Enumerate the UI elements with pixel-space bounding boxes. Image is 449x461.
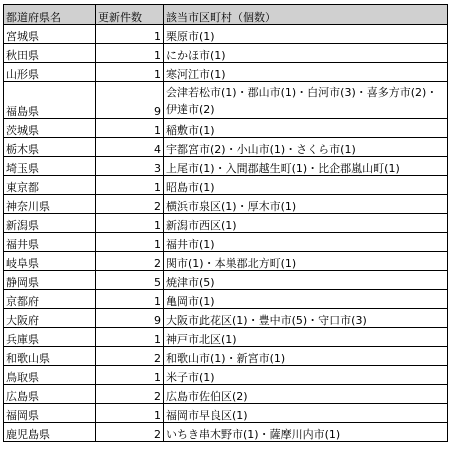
header-municipalities: 該当市区町村（個数） — [164, 5, 448, 25]
municipalities-cell: 横浜市泉区(1)・厚木市(1) — [164, 195, 448, 214]
table-row: 新潟県1新潟市西区(1) — [4, 214, 448, 233]
prefecture-cell: 和歌山県 — [4, 347, 96, 366]
count-cell: 1 — [96, 328, 164, 347]
prefecture-cell: 山形県 — [4, 63, 96, 82]
count-cell: 2 — [96, 195, 164, 214]
count-cell: 1 — [96, 44, 164, 63]
table-row: 福島県9会津若松市(1)・郡山市(1)・白河市(3)・喜多方市(2)・伊達市(2… — [4, 82, 448, 119]
table-row: 福岡県1福岡市早良区(1) — [4, 404, 448, 423]
count-cell: 2 — [96, 385, 164, 404]
table-row: 大阪府9大阪市此花区(1)・豊中市(5)・守口市(3) — [4, 309, 448, 328]
table-row: 京都府1亀岡市(1) — [4, 290, 448, 309]
count-cell: 2 — [96, 423, 164, 442]
municipalities-cell: 福岡市早良区(1) — [164, 404, 448, 423]
municipalities-cell: 上尾市(1)・入間郡越生町(1)・比企郡嵐山町(1) — [164, 157, 448, 176]
table-row: 兵庫県1神戸市北区(1) — [4, 328, 448, 347]
table-row: 岐阜県2関市(1)・本巣郡北方町(1) — [4, 252, 448, 271]
prefecture-cell: 東京都 — [4, 176, 96, 195]
prefecture-cell: 鳥取県 — [4, 366, 96, 385]
municipalities-cell: 栗原市(1) — [164, 25, 448, 44]
count-cell: 1 — [96, 25, 164, 44]
municipalities-cell: 会津若松市(1)・郡山市(1)・白河市(3)・喜多方市(2)・伊達市(2) — [164, 82, 448, 119]
count-cell: 1 — [96, 63, 164, 82]
count-cell: 2 — [96, 347, 164, 366]
prefecture-cell: 広島県 — [4, 385, 96, 404]
municipalities-cell: にかほ市(1) — [164, 44, 448, 63]
municipalities-cell: 新潟市西区(1) — [164, 214, 448, 233]
count-cell: 1 — [96, 404, 164, 423]
count-cell: 1 — [96, 233, 164, 252]
table-row: 鹿児島県2いちき串木野市(1)・薩摩川内市(1) — [4, 423, 448, 442]
prefecture-cell: 岐阜県 — [4, 252, 96, 271]
prefecture-cell: 福井県 — [4, 233, 96, 252]
table-row: 栃木県4宇都宮市(2)・小山市(1)・さくら市(1) — [4, 138, 448, 157]
prefecture-cell: 静岡県 — [4, 271, 96, 290]
table-row: 鳥取県1米子市(1) — [4, 366, 448, 385]
prefecture-cell: 神奈川県 — [4, 195, 96, 214]
count-cell: 1 — [96, 176, 164, 195]
table-row: 宮城県1栗原市(1) — [4, 25, 448, 44]
table-row: 秋田県1にかほ市(1) — [4, 44, 448, 63]
prefecture-cell: 福岡県 — [4, 404, 96, 423]
header-row: 都道府県名 更新件数 該当市区町村（個数） — [4, 5, 448, 25]
prefecture-cell: 宮城県 — [4, 25, 96, 44]
prefecture-cell: 京都府 — [4, 290, 96, 309]
prefecture-cell: 栃木県 — [4, 138, 96, 157]
table-row: 山形県1寒河江市(1) — [4, 63, 448, 82]
update-count-table: 都道府県名 更新件数 該当市区町村（個数） 宮城県1栗原市(1) 秋田県1にかほ… — [3, 4, 448, 442]
prefecture-cell: 大阪府 — [4, 309, 96, 328]
table-row: 茨城県1稲敷市(1) — [4, 119, 448, 138]
count-cell: 3 — [96, 157, 164, 176]
count-cell: 1 — [96, 290, 164, 309]
municipalities-cell: 焼津市(5) — [164, 271, 448, 290]
prefecture-cell: 新潟県 — [4, 214, 96, 233]
prefecture-cell: 茨城県 — [4, 119, 96, 138]
count-cell: 5 — [96, 271, 164, 290]
table-row: 静岡県5焼津市(5) — [4, 271, 448, 290]
count-cell: 9 — [96, 82, 164, 119]
municipalities-cell: 広島市佐伯区(2) — [164, 385, 448, 404]
count-cell: 1 — [96, 214, 164, 233]
count-cell: 1 — [96, 366, 164, 385]
municipalities-cell: 関市(1)・本巣郡北方町(1) — [164, 252, 448, 271]
table-row: 東京都1昭島市(1) — [4, 176, 448, 195]
municipalities-cell: 宇都宮市(2)・小山市(1)・さくら市(1) — [164, 138, 448, 157]
municipalities-cell: 稲敷市(1) — [164, 119, 448, 138]
municipalities-cell: 昭島市(1) — [164, 176, 448, 195]
municipalities-cell: 和歌山市(1)・新宮市(1) — [164, 347, 448, 366]
municipalities-cell: 神戸市北区(1) — [164, 328, 448, 347]
municipalities-cell: 米子市(1) — [164, 366, 448, 385]
count-cell: 4 — [96, 138, 164, 157]
header-update-count: 更新件数 — [96, 5, 164, 25]
table-row: 埼玉県3上尾市(1)・入間郡越生町(1)・比企郡嵐山町(1) — [4, 157, 448, 176]
municipalities-cell: いちき串木野市(1)・薩摩川内市(1) — [164, 423, 448, 442]
municipalities-cell: 大阪市此花区(1)・豊中市(5)・守口市(3) — [164, 309, 448, 328]
header-prefecture: 都道府県名 — [4, 5, 96, 25]
prefecture-cell: 鹿児島県 — [4, 423, 96, 442]
prefecture-cell: 福島県 — [4, 82, 96, 119]
municipalities-cell: 福井市(1) — [164, 233, 448, 252]
prefecture-cell: 兵庫県 — [4, 328, 96, 347]
prefecture-cell: 埼玉県 — [4, 157, 96, 176]
count-cell: 9 — [96, 309, 164, 328]
municipalities-cell: 亀岡市(1) — [164, 290, 448, 309]
count-cell: 1 — [96, 119, 164, 138]
table-row: 福井県1福井市(1) — [4, 233, 448, 252]
table-row: 和歌山県2和歌山市(1)・新宮市(1) — [4, 347, 448, 366]
prefecture-cell: 秋田県 — [4, 44, 96, 63]
count-cell: 2 — [96, 252, 164, 271]
table-row: 広島県2広島市佐伯区(2) — [4, 385, 448, 404]
municipalities-cell: 寒河江市(1) — [164, 63, 448, 82]
table-row: 神奈川県2横浜市泉区(1)・厚木市(1) — [4, 195, 448, 214]
